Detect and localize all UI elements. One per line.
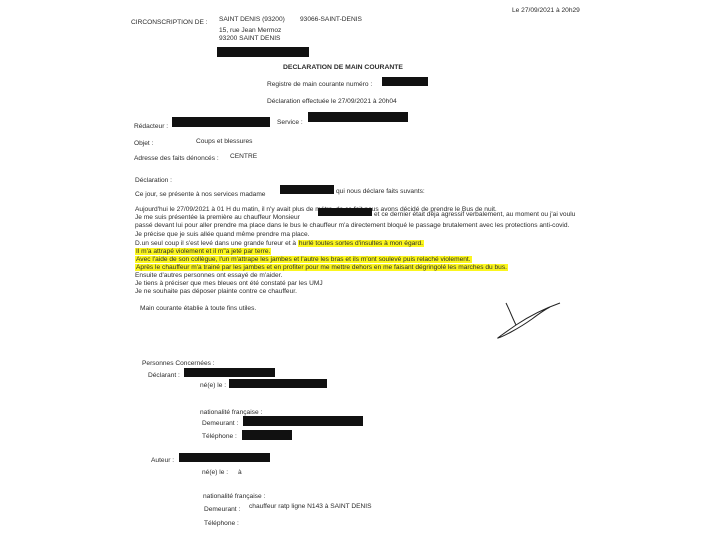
auteur-address-value: chauffeur ratp ligne N143 à SAINT DENIS [249, 503, 372, 511]
redacted-registre-number [382, 77, 428, 86]
auteur-nationality: nationalité française : [203, 493, 265, 501]
closing-statement: Main courante établie à toute fins utile… [140, 305, 256, 313]
objet-label: Objet : [134, 140, 153, 148]
address-line-1: 15, rue Jean Mermoz [219, 27, 281, 35]
auteur-phone-label: Téléphone : [204, 520, 239, 528]
highlighted-text: Après le chauffeur m'a trainé par les ja… [135, 264, 508, 271]
declaration-line: Après le chauffeur m'a trainé par les ja… [135, 264, 508, 272]
persons-heading: Personnes Concernées : [142, 360, 215, 368]
declaration-line: Il m'a attrapé violement et il m"a jeté … [135, 248, 271, 256]
circonscription-value: SAINT DENIS (93200) [219, 16, 285, 24]
auteur-born-label: né(e) le : [202, 469, 228, 477]
declaration-line: Avec l'aide de son collègue, l'un m'attr… [135, 256, 472, 264]
service-label: Service : [277, 119, 303, 127]
auteur-label: Auteur : [151, 457, 174, 465]
auteur-born-value: à [238, 469, 242, 477]
signature-icon [488, 295, 568, 343]
redacted-declarant-name [280, 185, 334, 194]
declarant-address-label: Demeurant : [202, 420, 238, 428]
highlighted-text: Avec l'aide de son collègue, l'un m'attr… [135, 256, 472, 263]
document-title: DECLARATION DE MAIN COURANTE [283, 64, 403, 72]
declaration-line: Ensuite d'autres personnes ont essayé de… [135, 272, 282, 280]
declarant-phone-label: Téléphone : [202, 433, 237, 441]
line-text: D.un seul coup il s'est levé dans une gr… [135, 240, 296, 247]
redacted-service [308, 112, 408, 122]
declaration-line: passé devant lui pour aller prendre ma p… [135, 222, 569, 230]
declaration-intro-suffix: qui nous déclare faits suvants: [336, 188, 425, 196]
redacted-declarant-address [243, 416, 363, 426]
registre-label: Registre de main courante numéro : [267, 81, 372, 89]
circonscription-label: CIRCONSCRIPTION DE : [131, 19, 208, 27]
auteur-address-label: Demeurant : [204, 506, 240, 514]
highlighted-text: Il m'a attrapé violement et il m"a jeté … [135, 248, 271, 255]
redacted-declarant-birth [229, 379, 327, 388]
main-courante-document: Le 27/09/2021 à 20h29 CIRCONSCRIPTION DE… [0, 0, 720, 540]
print-timestamp: Le 27/09/2021 à 20h29 [512, 7, 580, 15]
declaration-intro-prefix: Ce jour, se présente à nos services mada… [135, 191, 265, 199]
redacted-auteur [179, 453, 270, 462]
redacted-redacteur [172, 117, 270, 127]
redacted-declarant [184, 368, 275, 377]
redacteur-label: Rédacteur : [134, 123, 168, 131]
address-line-2: 93200 SAINT DENIS [219, 35, 280, 43]
adresse-value: CENTRE [230, 153, 257, 161]
declaration-line: Je tiens à préciser que mes bleues ont é… [135, 280, 323, 288]
declaration-line: et ce dernier était déja agressif verbal… [374, 211, 575, 219]
declaration-line: Je ne souhaite pas déposer plainte contr… [135, 288, 297, 296]
redacted-declarant-phone [242, 430, 292, 440]
circonscription-code: 93066-SAINT-DENIS [300, 16, 362, 24]
highlighted-text: hurlé toutes sortes d'insultes à mon éga… [298, 240, 424, 247]
declaration-line: Je me suis présentée la première au chau… [135, 214, 300, 222]
redacted-block [217, 47, 309, 57]
declaration-date: Déclaration effectuée le 27/09/2021 à 20… [267, 98, 397, 106]
adresse-label: Adresse des faits dénoncés : [134, 155, 219, 163]
declarant-born-label: né(e) le : [200, 382, 226, 390]
declarant-label: Déclarant : [148, 372, 180, 380]
declaration-line: Je précise que je suis allée quand même … [135, 231, 309, 239]
declaration-label: Déclaration : [135, 177, 172, 185]
redacted-driver-name [318, 208, 372, 216]
objet-value: Coups et blessures [196, 138, 252, 146]
declaration-line: D.un seul coup il s'est levé dans une gr… [135, 240, 424, 248]
